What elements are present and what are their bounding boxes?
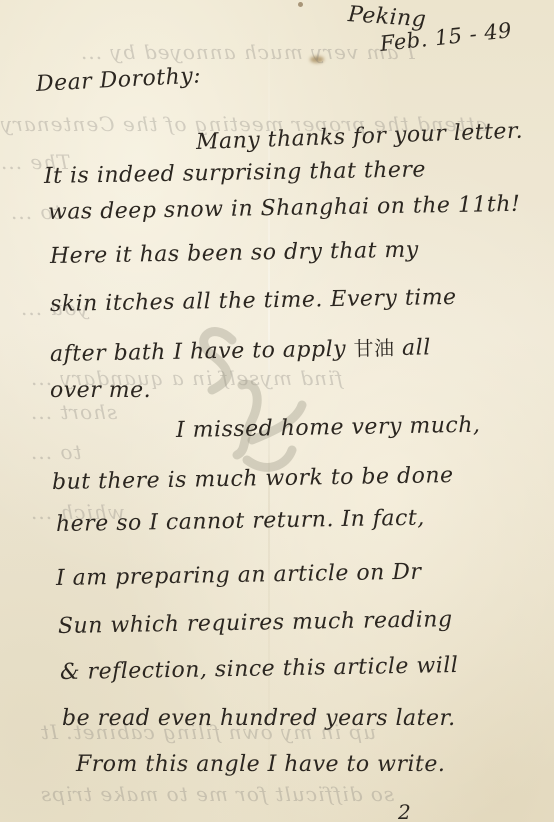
letter-line: but there is much work to be done <box>52 463 454 495</box>
bleed-line: I am very much annoyed by ... <box>80 40 415 64</box>
letter-line: be read even hundred years later. <box>62 706 456 731</box>
paper-stain <box>298 2 303 7</box>
monogram-watermark <box>192 300 312 490</box>
letter-line-text: all <box>402 335 431 360</box>
bleed-line: short ... <box>30 400 117 424</box>
superscript: th! <box>487 192 521 218</box>
paper-stain <box>310 56 324 63</box>
fold-crease <box>268 0 270 822</box>
bleed-line: so difficult for me to make trips <box>40 782 394 806</box>
letter-line: I missed home very much, <box>176 413 481 443</box>
letter-line: It is indeed surprising that there <box>44 157 426 189</box>
letter-line: over me. <box>50 378 151 403</box>
letter-line: I am preparing an article on Dr <box>56 560 422 591</box>
letter-line: Sun which requires much reading <box>58 607 453 639</box>
bleed-line: to ... <box>30 440 82 464</box>
letter-line: after bath I have to apply 甘油 all <box>50 331 431 367</box>
letter-line: From this angle I have to write. <box>76 752 445 777</box>
letter-line-text: after bath I have to apply <box>50 337 346 367</box>
letter-line: skin itches all the time. Every time <box>50 285 457 317</box>
letter-line-text: was deep snow in Shanghai on the 11 <box>48 192 487 225</box>
chinese-characters: 甘油 <box>353 336 394 361</box>
letter-line: Here it has been so dry that my <box>50 238 419 269</box>
letter-page: I am very much annoyed by ... attend the… <box>0 0 554 822</box>
page-number: 2 <box>398 800 411 822</box>
letter-line: & reflection, since this article will <box>60 653 459 685</box>
salutation: Dear Dorothy: <box>35 63 201 97</box>
letter-line: Many thanks for your letter. <box>196 119 524 155</box>
letter-line: here so I cannot return. In fact, <box>56 506 425 537</box>
letter-line: was deep snow in Shanghai on the 11th! <box>48 192 521 225</box>
